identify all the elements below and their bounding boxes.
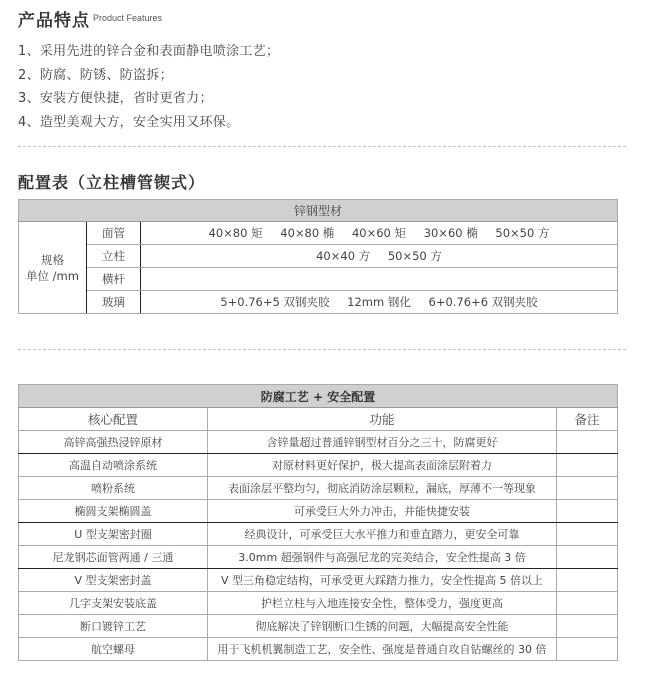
function-cell: 用于飞机机翼制造工艺，安全性、强度是普通自攻自钻螺丝的 30 倍	[208, 638, 557, 661]
spec-value: 12mm 钢化	[347, 294, 411, 310]
table-row: 几字支架安装底盖 护栏立柱与入地连接安全性，整体受力，强度更高	[19, 592, 618, 615]
spec-value: 40×80 矩	[209, 225, 263, 241]
note-cell	[557, 454, 618, 477]
feature-item: 1、采用先进的锌合金和表面静电喷涂工艺；	[18, 40, 279, 64]
row-label-face-pipe: 面管	[87, 222, 141, 245]
features-subtitle: Product Features	[93, 13, 162, 23]
col-header-note: 备注	[557, 408, 618, 431]
row-label-post: 立柱	[87, 245, 141, 268]
safety-table: 防腐工艺 + 安全配置 核心配置 功能 备注 高锌高强热浸锌原材 含锌量超过普通…	[18, 384, 618, 661]
table-row: 航空螺母 用于飞机机翼制造工艺，安全性、强度是普通自攻自钻螺丝的 30 倍	[19, 638, 618, 661]
table-row: 尼龙钢芯面管两通 / 三通 3.0mm 超强钢件与高强尼龙的完美结合，安全性提高…	[19, 546, 618, 569]
function-cell: 表面涂层平整均匀，彻底消防涂层颗粒，漏底，厚薄不一等现象	[208, 477, 557, 500]
safety-table-header: 防腐工艺 + 安全配置	[19, 385, 618, 408]
note-cell	[557, 592, 618, 615]
config-cell: 尼龙钢芯面管两通 / 三通	[19, 546, 208, 569]
row-values-crossbar	[141, 268, 618, 291]
config-cell: 断口镀锌工艺	[19, 615, 208, 638]
config-cell: 高锌高强热浸锌原材	[19, 431, 208, 454]
table-row: 高温自动喷涂系统 对原材料更好保护，极大提高表面涂层附着力	[19, 454, 618, 477]
note-cell	[557, 638, 618, 661]
note-cell	[557, 546, 618, 569]
config-cell: 椭圆支架椭圆盖	[19, 500, 208, 523]
table-row: 椭圆支架椭圆盖 可承受巨大外力冲击，并能快捷安装	[19, 500, 618, 523]
spec-label-line2: 单位 /mm	[19, 268, 86, 284]
note-cell	[557, 431, 618, 454]
row-label-glass: 玻璃	[87, 291, 141, 314]
features-title: 产品特点	[18, 6, 90, 31]
col-header-config: 核心配置	[19, 408, 208, 431]
spec-value: 40×60 矩	[352, 225, 406, 241]
note-cell	[557, 615, 618, 638]
note-cell	[557, 500, 618, 523]
spec-label: 规格 单位 /mm	[19, 222, 87, 314]
function-cell: 护栏立柱与入地连接安全性，整体受力，强度更高	[208, 592, 557, 615]
feature-item: 3、安装方便快捷，省时更省力；	[18, 87, 279, 111]
row-label-crossbar: 横杆	[87, 268, 141, 291]
config-cell: 高温自动喷涂系统	[19, 454, 208, 477]
dashed-divider	[18, 349, 626, 350]
spec-value: 50×50 方	[495, 225, 549, 241]
config-cell: 几字支架安装底盖	[19, 592, 208, 615]
spec-label-line1: 规格	[19, 252, 86, 268]
function-cell: 彻底解决了锌钢断口生锈的问题，大幅提高安全性能	[208, 615, 557, 638]
spec-value: 40×40 方	[316, 248, 370, 264]
table-row: 断口镀锌工艺 彻底解决了锌钢断口生锈的问题，大幅提高安全性能	[19, 615, 618, 638]
config-table: 锌钢型材 规格 单位 /mm 面管 40×80 矩 40×80 椭 40×60 …	[18, 199, 618, 314]
row-values-post: 40×40 方 50×50 方	[141, 245, 618, 268]
features-list: 1、采用先进的锌合金和表面静电喷涂工艺； 2、防腐、防锈、防盗拆； 3、安装方便…	[18, 40, 279, 134]
function-cell: V 型三角稳定结构，可承受更大踩踏力推力，安全性提高 5 倍以上	[208, 569, 557, 592]
function-cell: 可承受巨大外力冲击，并能快捷安装	[208, 500, 557, 523]
dashed-divider	[18, 146, 626, 147]
note-cell	[557, 477, 618, 500]
config-table-header: 锌钢型材	[19, 200, 618, 222]
spec-value: 5+0.76+5 双钢夹胶	[220, 294, 329, 310]
col-header-function: 功能	[208, 408, 557, 431]
row-values-face-pipe: 40×80 矩 40×80 椭 40×60 矩 30×60 椭 50×50 方	[141, 222, 618, 245]
note-cell	[557, 569, 618, 592]
config-cell: 航空螺母	[19, 638, 208, 661]
config-cell: 喷粉系统	[19, 477, 208, 500]
table-row: V 型支架密封盖 V 型三角稳定结构，可承受更大踩踏力推力，安全性提高 5 倍以…	[19, 569, 618, 592]
spec-value: 50×50 方	[388, 248, 442, 264]
config-title: 配置表（立柱槽管锲式）	[18, 170, 205, 193]
table-row: 喷粉系统 表面涂层平整均匀，彻底消防涂层颗粒，漏底，厚薄不一等现象	[19, 477, 618, 500]
table-row: U 型支架密封圈 经典设计，可承受巨大水平推力和垂直踏力，更安全可靠	[19, 523, 618, 546]
function-cell: 3.0mm 超强钢件与高强尼龙的完美结合，安全性提高 3 倍	[208, 546, 557, 569]
spec-value: 30×60 椭	[424, 225, 478, 241]
function-cell: 经典设计，可承受巨大水平推力和垂直踏力，更安全可靠	[208, 523, 557, 546]
table-row: 高锌高强热浸锌原材 含锌量超过普通锌钢型材百分之三十，防腐更好	[19, 431, 618, 454]
feature-item: 2、防腐、防锈、防盗拆；	[18, 64, 279, 88]
row-values-glass: 5+0.76+5 双钢夹胶 12mm 钢化 6+0.76+6 双钢夹胶	[141, 291, 618, 314]
config-cell: U 型支架密封圈	[19, 523, 208, 546]
note-cell	[557, 523, 618, 546]
config-cell: V 型支架密封盖	[19, 569, 208, 592]
spec-value: 6+0.76+6 双钢夹胶	[429, 294, 538, 310]
function-cell: 对原材料更好保护，极大提高表面涂层附着力	[208, 454, 557, 477]
function-cell: 含锌量超过普通锌钢型材百分之三十，防腐更好	[208, 431, 557, 454]
feature-item: 4、造型美观大方，安全实用又环保。	[18, 111, 279, 135]
spec-value: 40×80 椭	[280, 225, 334, 241]
